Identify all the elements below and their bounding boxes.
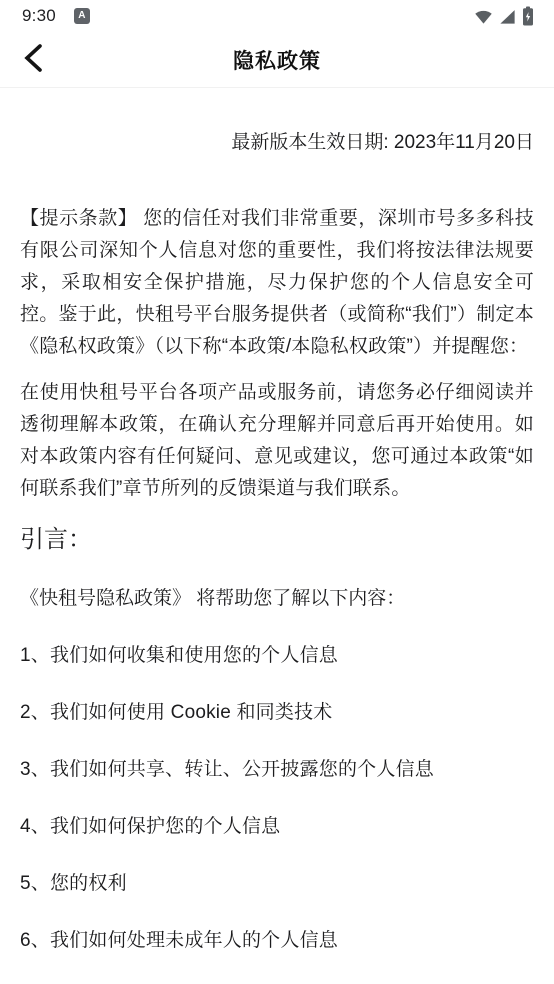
notification-app-icon: A	[74, 8, 90, 24]
page-title: 隐私政策	[233, 45, 321, 75]
list-item: 4、我们如何保护您的个人信息	[20, 811, 534, 843]
intro-line: 《快租号隐私政策》 将帮助您了解以下内容：	[20, 583, 534, 615]
cellular-signal-icon	[498, 7, 517, 26]
status-bar: 9:30 A	[0, 0, 554, 32]
list-item: 5、您的权利	[20, 868, 534, 900]
wifi-icon	[474, 7, 493, 26]
battery-charging-icon	[522, 6, 534, 26]
status-icons	[474, 6, 534, 26]
policy-paragraph: 在使用快租号平台各项产品或服务前，请您务必仔细阅读并透彻理解本政策，在确认充分理…	[20, 377, 534, 505]
list-item: 2、我们如何使用 Cookie 和同类技术	[20, 697, 534, 729]
list-item: 3、我们如何共享、转让、公开披露您的个人信息	[20, 754, 534, 786]
list-item: 6、我们如何处理未成年人的个人信息	[20, 925, 534, 957]
back-button[interactable]	[14, 40, 54, 80]
toc-list: 1、我们如何收集和使用您的个人信息 2、我们如何使用 Cookie 和同类技术 …	[20, 640, 534, 957]
privacy-policy-content: 最新版本生效日期: 2023年11月20日 【提示条款】 您的信任对我们非常重要…	[0, 130, 554, 957]
status-time: 9:30	[22, 6, 56, 26]
list-item: 1、我们如何收集和使用您的个人信息	[20, 640, 534, 672]
header: 隐私政策	[0, 32, 554, 88]
policy-paragraph: 【提示条款】 您的信任对我们非常重要，深圳市号多多科技有限公司深知个人信息对您的…	[20, 203, 534, 363]
effective-date: 最新版本生效日期: 2023年11月20日	[20, 130, 534, 156]
section-heading-introduction: 引言：	[20, 523, 534, 557]
chevron-left-icon	[21, 43, 47, 76]
